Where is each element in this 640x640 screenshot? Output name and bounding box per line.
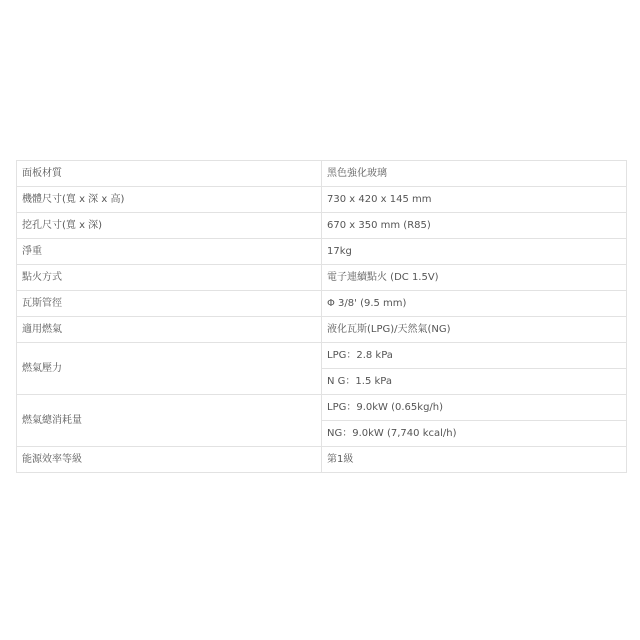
spec-label-gas-consumption: 燃氣總消耗量: [17, 395, 322, 447]
spec-value-ignition: 電子連續點火 (DC 1.5V): [322, 265, 627, 291]
spec-value-gas-consumption-ng: NG：9.0kW (7,740 kcal/h): [322, 421, 627, 447]
spec-table: 面板材質 黑色強化玻璃 機體尺寸(寬 x 深 x 高) 730 x 420 x …: [16, 160, 627, 473]
spec-value-gas-pressure-lpg: LPG：2.8 kPa: [322, 343, 627, 369]
spec-label-cutout-dimensions: 挖孔尺寸(寬 x 深): [17, 213, 322, 239]
spec-value-energy-efficiency: 第1級: [322, 447, 627, 473]
table-row: 面板材質 黑色強化玻璃: [17, 161, 627, 187]
spec-label-gas-type: 適用燃氣: [17, 317, 322, 343]
spec-value-panel-material: 黑色強化玻璃: [322, 161, 627, 187]
table-row: 點火方式 電子連續點火 (DC 1.5V): [17, 265, 627, 291]
spec-label-net-weight: 淨重: [17, 239, 322, 265]
spec-label-panel-material: 面板材質: [17, 161, 322, 187]
spec-value-net-weight: 17kg: [322, 239, 627, 265]
table-row: 燃氣總消耗量 LPG：9.0kW (0.65kg/h): [17, 395, 627, 421]
table-row: 機體尺寸(寬 x 深 x 高) 730 x 420 x 145 mm: [17, 187, 627, 213]
table-row: 淨重 17kg: [17, 239, 627, 265]
table-row: 瓦斯管徑 Φ 3/8' (9.5 mm): [17, 291, 627, 317]
spec-value-cutout-dimensions: 670 x 350 mm (R85): [322, 213, 627, 239]
table-row: 挖孔尺寸(寬 x 深) 670 x 350 mm (R85): [17, 213, 627, 239]
spec-label-ignition: 點火方式: [17, 265, 322, 291]
table-row: 燃氣壓力 LPG：2.8 kPa: [17, 343, 627, 369]
spec-label-gas-pipe: 瓦斯管徑: [17, 291, 322, 317]
spec-label-energy-efficiency: 能源效率等級: [17, 447, 322, 473]
spec-value-gas-pressure-ng: N G：1.5 kPa: [322, 369, 627, 395]
spec-value-gas-type: 液化瓦斯(LPG)/天然氣(NG): [322, 317, 627, 343]
spec-value-gas-pipe: Φ 3/8' (9.5 mm): [322, 291, 627, 317]
table-row: 適用燃氣 液化瓦斯(LPG)/天然氣(NG): [17, 317, 627, 343]
spec-label-body-dimensions: 機體尺寸(寬 x 深 x 高): [17, 187, 322, 213]
table-row: 能源效率等級 第1級: [17, 447, 627, 473]
spec-value-body-dimensions: 730 x 420 x 145 mm: [322, 187, 627, 213]
spec-value-gas-consumption-lpg: LPG：9.0kW (0.65kg/h): [322, 395, 627, 421]
spec-label-gas-pressure: 燃氣壓力: [17, 343, 322, 395]
